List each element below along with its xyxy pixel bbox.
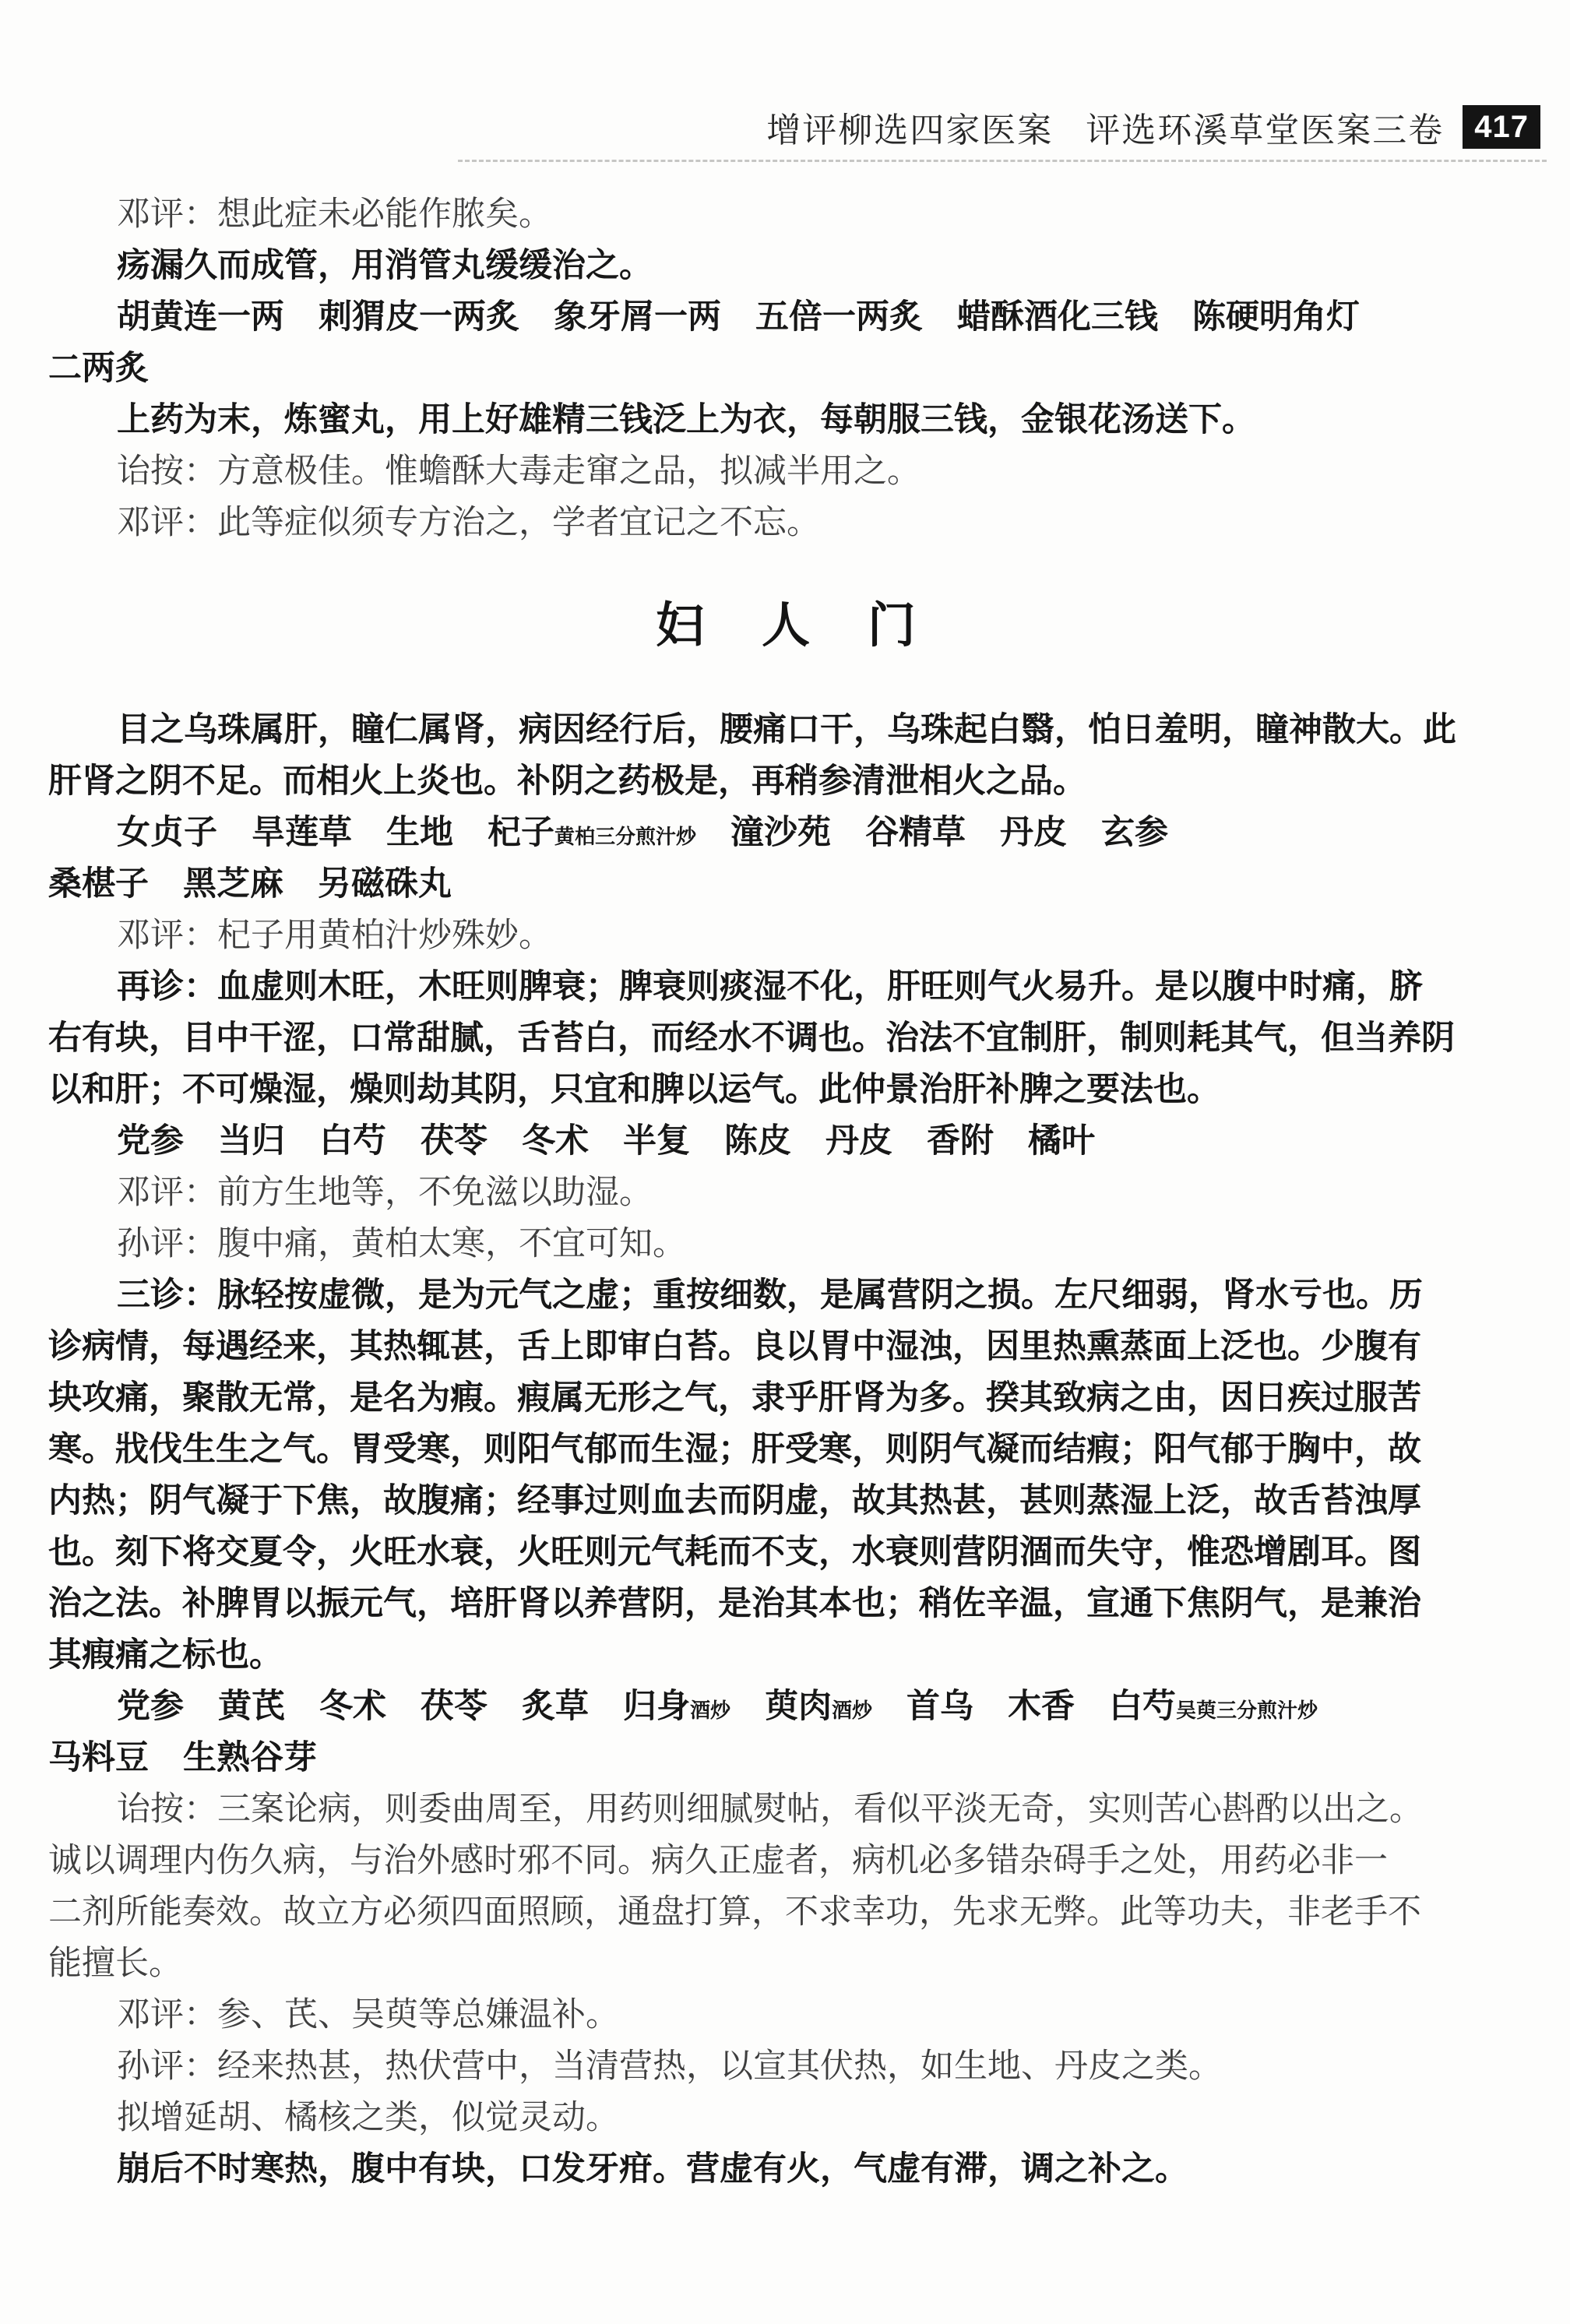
text-line: 也。刻下将交夏令，火旺水衰，火旺则元气耗而不支，水衰则营阴涸而失守，惟恐增剧耳。… bbox=[48, 1527, 1528, 1579]
prescription-line: 桑椹子黑芝麻另磁硃丸 bbox=[48, 859, 1528, 910]
text-segment: 冬术 bbox=[319, 1688, 386, 1725]
text-line: 二剂所能奏效。故立方必须四面照顾，通盘打算，不求幸功，先求无弊。此等功夫，非老手… bbox=[48, 1887, 1528, 1938]
text-line: 孙评：经来热甚，热伏营中，当清营热，以宣其伏热，如生地、丹皮之类。 bbox=[48, 2041, 1528, 2093]
text-segment: 首乌 bbox=[906, 1688, 973, 1725]
text-segment: 象牙屑一两 bbox=[554, 299, 721, 336]
text-segment: 丹皮 bbox=[825, 1123, 892, 1160]
text-line: 邓评：参、芪、吴萸等总嫌温补。 bbox=[48, 1990, 1528, 2041]
text-segment: 黄芪 bbox=[218, 1688, 285, 1725]
text-line: 邓评：此等症似须专方治之，学者宜记之不忘。 bbox=[48, 498, 1528, 549]
text-line: 邓评：杞子用黄柏汁炒殊妙。 bbox=[48, 910, 1528, 962]
preparation-annotation: 酒炒 bbox=[832, 1699, 872, 1722]
text-segment: 党参 bbox=[117, 1123, 184, 1160]
text-segment: 当归 bbox=[218, 1123, 285, 1160]
text-segment: 其瘕痛之标也。 bbox=[48, 1637, 283, 1674]
text-line: 疡漏久而成管，用消管丸缓缓治之。 bbox=[48, 241, 1528, 292]
text-segment: 邓评：前方生地等，不免滋以助湿。 bbox=[117, 1174, 653, 1211]
text-segment: 二两炙 bbox=[48, 350, 149, 387]
text-segment: 块攻痛，聚散无常，是名为瘕。瘕属无形之气，隶乎肝肾为多。揆其致病之由，因日疾过服… bbox=[48, 1380, 1421, 1417]
text-line: 孙评：腹中痛，黄柏太寒，不宜可知。 bbox=[48, 1219, 1528, 1270]
text-segment: 能擅长。 bbox=[48, 1945, 182, 1982]
text-segment: 目之乌珠属肝，瞳仁属肾，病因经行后，腰痛口干，乌珠起白翳，怕日羞明，瞳神散大。此 bbox=[117, 712, 1456, 748]
text-line: 以和肝；不可燥湿，燥则劫其阴，只宜和脾以运气。此仲景治肝补脾之要法也。 bbox=[48, 1065, 1528, 1116]
text-segment: 炙草 bbox=[522, 1688, 589, 1725]
text-line: 寒。戕伐生生之气。胃受寒，则阳气郁而生湿；肝受寒，则阴气凝而结瘕；阳气郁于胸中，… bbox=[48, 1424, 1528, 1476]
text-segment: 邓评：杞子用黄柏汁炒殊妙。 bbox=[117, 917, 552, 954]
prescription-line: 马料豆生熟谷芽 bbox=[48, 1733, 1528, 1784]
text-segment: 诒按：三案论病，则委曲周至，用药则细腻熨帖，看似平淡无奇，实则苦心斟酌以出之。 bbox=[117, 1791, 1423, 1828]
text-line: 再诊：血虚则木旺，木旺则脾衰；脾衰则痰湿不化，肝旺则气火易升。是以腹中时痛，脐 bbox=[48, 962, 1528, 1013]
text-segment: 潼沙苑 bbox=[730, 815, 831, 851]
text-line: 邓评：想此症未必能作脓矣。 bbox=[48, 189, 1528, 241]
running-head-book-title: 增评柳选四家医案 bbox=[766, 102, 1053, 152]
text-segment: 半复 bbox=[623, 1123, 690, 1160]
text-segment: 谷精草 bbox=[865, 815, 966, 851]
text-line: 邓评：前方生地等，不免滋以助湿。 bbox=[48, 1167, 1528, 1219]
text-segment: 白芍 bbox=[319, 1123, 386, 1160]
scanned-book-page: 增评柳选四家医案 评选环溪草堂医案三卷 417 邓评：想此症未必能作脓矣。疡漏久… bbox=[0, 0, 1570, 2324]
running-head: 增评柳选四家医案 评选环溪草堂医案三卷 417 bbox=[0, 104, 1540, 150]
page-body: 邓评：想此症未必能作脓矣。疡漏久而成管，用消管丸缓缓治之。胡黄连一两刺猬皮一两炙… bbox=[48, 189, 1528, 2195]
text-segment: 冬术 bbox=[522, 1123, 589, 1160]
text-segment: 也。刻下将交夏令，火旺水衰，火旺则元气耗而不支，水衰则营阴涸而失守，惟恐增剧耳。… bbox=[48, 1534, 1421, 1571]
text-segment: 生地 bbox=[386, 815, 453, 851]
text-segment: 诊病情，每遇经来，其热辄甚，舌上即审白苔。良以胃中湿浊，因里热熏蒸面上泛也。少腹… bbox=[48, 1329, 1421, 1365]
preparation-annotation: 酒炒 bbox=[690, 1699, 730, 1722]
text-segment: 生熟谷芽 bbox=[183, 1740, 317, 1776]
prescription-line: 胡黄连一两刺猬皮一两炙象牙屑一两五倍一两炙蜡酥酒化三钱陈硬明角灯 bbox=[48, 292, 1528, 343]
women-section-text: 目之乌珠属肝，瞳仁属肾，病因经行后，腰痛口干，乌珠起白翳，怕日羞明，瞳神散大。此… bbox=[48, 705, 1528, 2195]
text-segment: 桑椹子 bbox=[48, 866, 149, 903]
text-segment: 马料豆 bbox=[48, 1740, 149, 1776]
text-line: 崩后不时寒热，腹中有块，口发牙疳。营虚有火，气虚有滞，调之补之。 bbox=[48, 2144, 1528, 2195]
text-segment: 诚以调理内伤久病，与治外感时邪不同。病久正虚者，病机必多错杂碍手之处，用药必非一 bbox=[48, 1843, 1388, 1879]
text-line: 目之乌珠属肝，瞳仁属肾，病因经行后，腰痛口干，乌珠起白翳，怕日羞明，瞳神散大。此 bbox=[48, 705, 1528, 756]
text-line: 右有块，目中干涩，口常甜腻，舌苔白，而经水不调也。治法不宜制肝，制则耗其气，但当… bbox=[48, 1013, 1528, 1065]
text-segment: 橘叶 bbox=[1028, 1123, 1095, 1160]
text-segment: 胡黄连一两 bbox=[117, 299, 284, 336]
text-segment: 寒。戕伐生生之气。胃受寒，则阳气郁而生湿；肝受寒，则阴气凝而结瘕；阳气郁于胸中，… bbox=[48, 1431, 1421, 1468]
text-segment: 治之法。补脾胃以振元气，培肝肾以养营阴，是治其本也；稍佐辛温，宣通下焦阴气，是兼… bbox=[48, 1586, 1421, 1622]
text-line: 上药为末，炼蜜丸，用上好雄精三钱泛上为衣，每朝服三钱，金银花汤送下。 bbox=[48, 395, 1528, 446]
text-segment: 再诊：血虚则木旺，木旺则脾衰；脾衰则痰湿不化，肝旺则气火易升。是以腹中时痛，脐 bbox=[117, 969, 1423, 1005]
text-segment: 茯苓 bbox=[421, 1688, 488, 1725]
text-segment: 诒按：方意极佳。惟蟾酥大毒走窜之品，拟减半用之。 bbox=[117, 453, 921, 490]
prescription-line: 党参当归白芍茯苓冬术半复陈皮丹皮香附橘叶 bbox=[48, 1116, 1528, 1167]
text-segment: 玄参 bbox=[1101, 815, 1168, 851]
text-segment: 旱莲草 bbox=[252, 815, 352, 851]
preceding-case-text: 邓评：想此症未必能作脓矣。疡漏久而成管，用消管丸缓缓治之。胡黄连一两刺猬皮一两炙… bbox=[48, 189, 1528, 549]
text-segment: 党参 bbox=[117, 1688, 184, 1725]
text-line: 块攻痛，聚散无常，是名为瘕。瘕属无形之气，隶乎肝肾为多。揆其致病之由，因日疾过服… bbox=[48, 1373, 1528, 1424]
text-segment: 杞子 bbox=[488, 815, 554, 851]
text-line: 诚以调理内伤久病，与治外感时邪不同。病久正虚者，病机必多错杂碍手之处，用药必非一 bbox=[48, 1836, 1528, 1887]
text-segment: 以和肝；不可燥湿，燥则劫其阴，只宜和脾以运气。此仲景治肝补脾之要法也。 bbox=[48, 1072, 1220, 1108]
text-segment: 邓评：参、芪、吴萸等总嫌温补。 bbox=[117, 1997, 619, 2033]
text-segment: 女贞子 bbox=[117, 815, 217, 851]
text-line: 诒按：方意极佳。惟蟾酥大毒走窜之品，拟减半用之。 bbox=[48, 446, 1528, 498]
text-segment: 另磁硃丸 bbox=[318, 866, 452, 903]
text-segment: 孙评：腹中痛，黄柏太寒，不宜可知。 bbox=[117, 1226, 686, 1262]
prescription-line: 女贞子旱莲草生地杞子黄柏三分煎汁炒潼沙苑谷精草丹皮玄参 bbox=[48, 808, 1528, 859]
text-line: 内热；阴气凝于下焦，故腹痛；经事过则血去而阴虚，故其热甚，甚则蒸湿上泛，故舌苔浊… bbox=[48, 1476, 1528, 1527]
text-line: 诊病情，每遇经来，其热辄甚，舌上即审白苔。良以胃中湿浊，因里热熏蒸面上泛也。少腹… bbox=[48, 1322, 1528, 1373]
text-segment: 二剂所能奏效。故立方必须四面照顾，通盘打算，不求幸功，先求无弊。此等功夫，非老手… bbox=[48, 1894, 1421, 1931]
running-head-volume-title: 评选环溪草堂医案三卷 bbox=[1086, 102, 1444, 152]
text-segment: 内热；阴气凝于下焦，故腹痛；经事过则血去而阴虚，故其热甚，甚则蒸湿上泛，故舌苔浊… bbox=[48, 1483, 1421, 1519]
text-line: 拟增延胡、橘核之类，似觉灵动。 bbox=[48, 2093, 1528, 2144]
text-line: 治之法。补脾胃以振元气，培肝肾以养营阴，是治其本也；稍佐辛温，宣通下焦阴气，是兼… bbox=[48, 1579, 1528, 1630]
text-segment: 疡漏久而成管，用消管丸缓缓治之。 bbox=[117, 248, 653, 284]
text-line: 能擅长。 bbox=[48, 1938, 1528, 1990]
text-segment: 萸肉 bbox=[765, 1688, 832, 1725]
text-segment: 丹皮 bbox=[1000, 815, 1067, 851]
text-line: 肝肾之阴不足。而相火上炎也。补阴之药极是，再稍参清泄相火之品。 bbox=[48, 756, 1528, 808]
text-line: 诒按：三案论病，则委曲周至，用药则细腻熨帖，看似平淡无奇，实则苦心斟酌以出之。 bbox=[48, 1784, 1528, 1836]
text-segment: 邓评：想此症未必能作脓矣。 bbox=[117, 196, 552, 233]
text-line: 三诊：脉轻按虚微，是为元气之虚；重按细数，是属营阴之损。左尺细弱，肾水亏也。历 bbox=[48, 1270, 1528, 1322]
text-segment: 五倍一两炙 bbox=[755, 299, 923, 336]
text-segment: 三诊：脉轻按虚微，是为元气之虚；重按细数，是属营阴之损。左尺细弱，肾水亏也。历 bbox=[117, 1277, 1423, 1314]
text-segment: 蜡酥酒化三钱 bbox=[957, 299, 1158, 336]
text-segment: 香附 bbox=[927, 1123, 994, 1160]
text-line: 其瘕痛之标也。 bbox=[48, 1630, 1528, 1681]
text-segment: 上药为末，炼蜜丸，用上好雄精三钱泛上为衣，每朝服三钱，金银花汤送下。 bbox=[117, 402, 1255, 438]
preparation-annotation: 吴萸三分煎汁炒 bbox=[1176, 1699, 1318, 1722]
text-segment: 归身 bbox=[623, 1688, 690, 1725]
prescription-line: 党参黄芪冬术茯苓炙草归身酒炒萸肉酒炒首乌木香白芍吴萸三分煎汁炒 bbox=[48, 1681, 1528, 1733]
text-segment: 陈硬明角灯 bbox=[1192, 299, 1360, 336]
text-segment: 孙评：经来热甚，热伏营中，当清营热，以宣其伏热，如生地、丹皮之类。 bbox=[117, 2048, 1222, 2085]
text-segment: 邓评：此等症似须专方治之，学者宜记之不忘。 bbox=[117, 505, 820, 541]
page-number-badge: 417 bbox=[1463, 105, 1540, 149]
text-segment: 木香 bbox=[1008, 1688, 1075, 1725]
text-segment: 刺猬皮一两炙 bbox=[319, 299, 519, 336]
section-title: 妇 人 门 bbox=[48, 576, 1528, 677]
text-segment: 茯苓 bbox=[421, 1123, 488, 1160]
prescription-line: 二两炙 bbox=[48, 343, 1528, 395]
text-segment: 陈皮 bbox=[724, 1123, 791, 1160]
text-segment: 拟增延胡、橘核之类，似觉灵动。 bbox=[117, 2100, 619, 2136]
text-segment: 右有块，目中干涩，口常甜腻，舌苔白，而经水不调也。治法不宜制肝，制则耗其气，但当… bbox=[48, 1020, 1455, 1057]
preparation-annotation: 黄柏三分煎汁炒 bbox=[554, 826, 696, 848]
text-segment: 白芍 bbox=[1109, 1688, 1176, 1725]
header-rule bbox=[458, 160, 1547, 162]
text-segment: 崩后不时寒热，腹中有块，口发牙疳。营虚有火，气虚有滞，调之补之。 bbox=[117, 2151, 1188, 2188]
text-segment: 肝肾之阴不足。而相火上炎也。补阴之药极是，再稍参清泄相火之品。 bbox=[48, 763, 1086, 800]
text-segment: 黑芝麻 bbox=[183, 866, 283, 903]
